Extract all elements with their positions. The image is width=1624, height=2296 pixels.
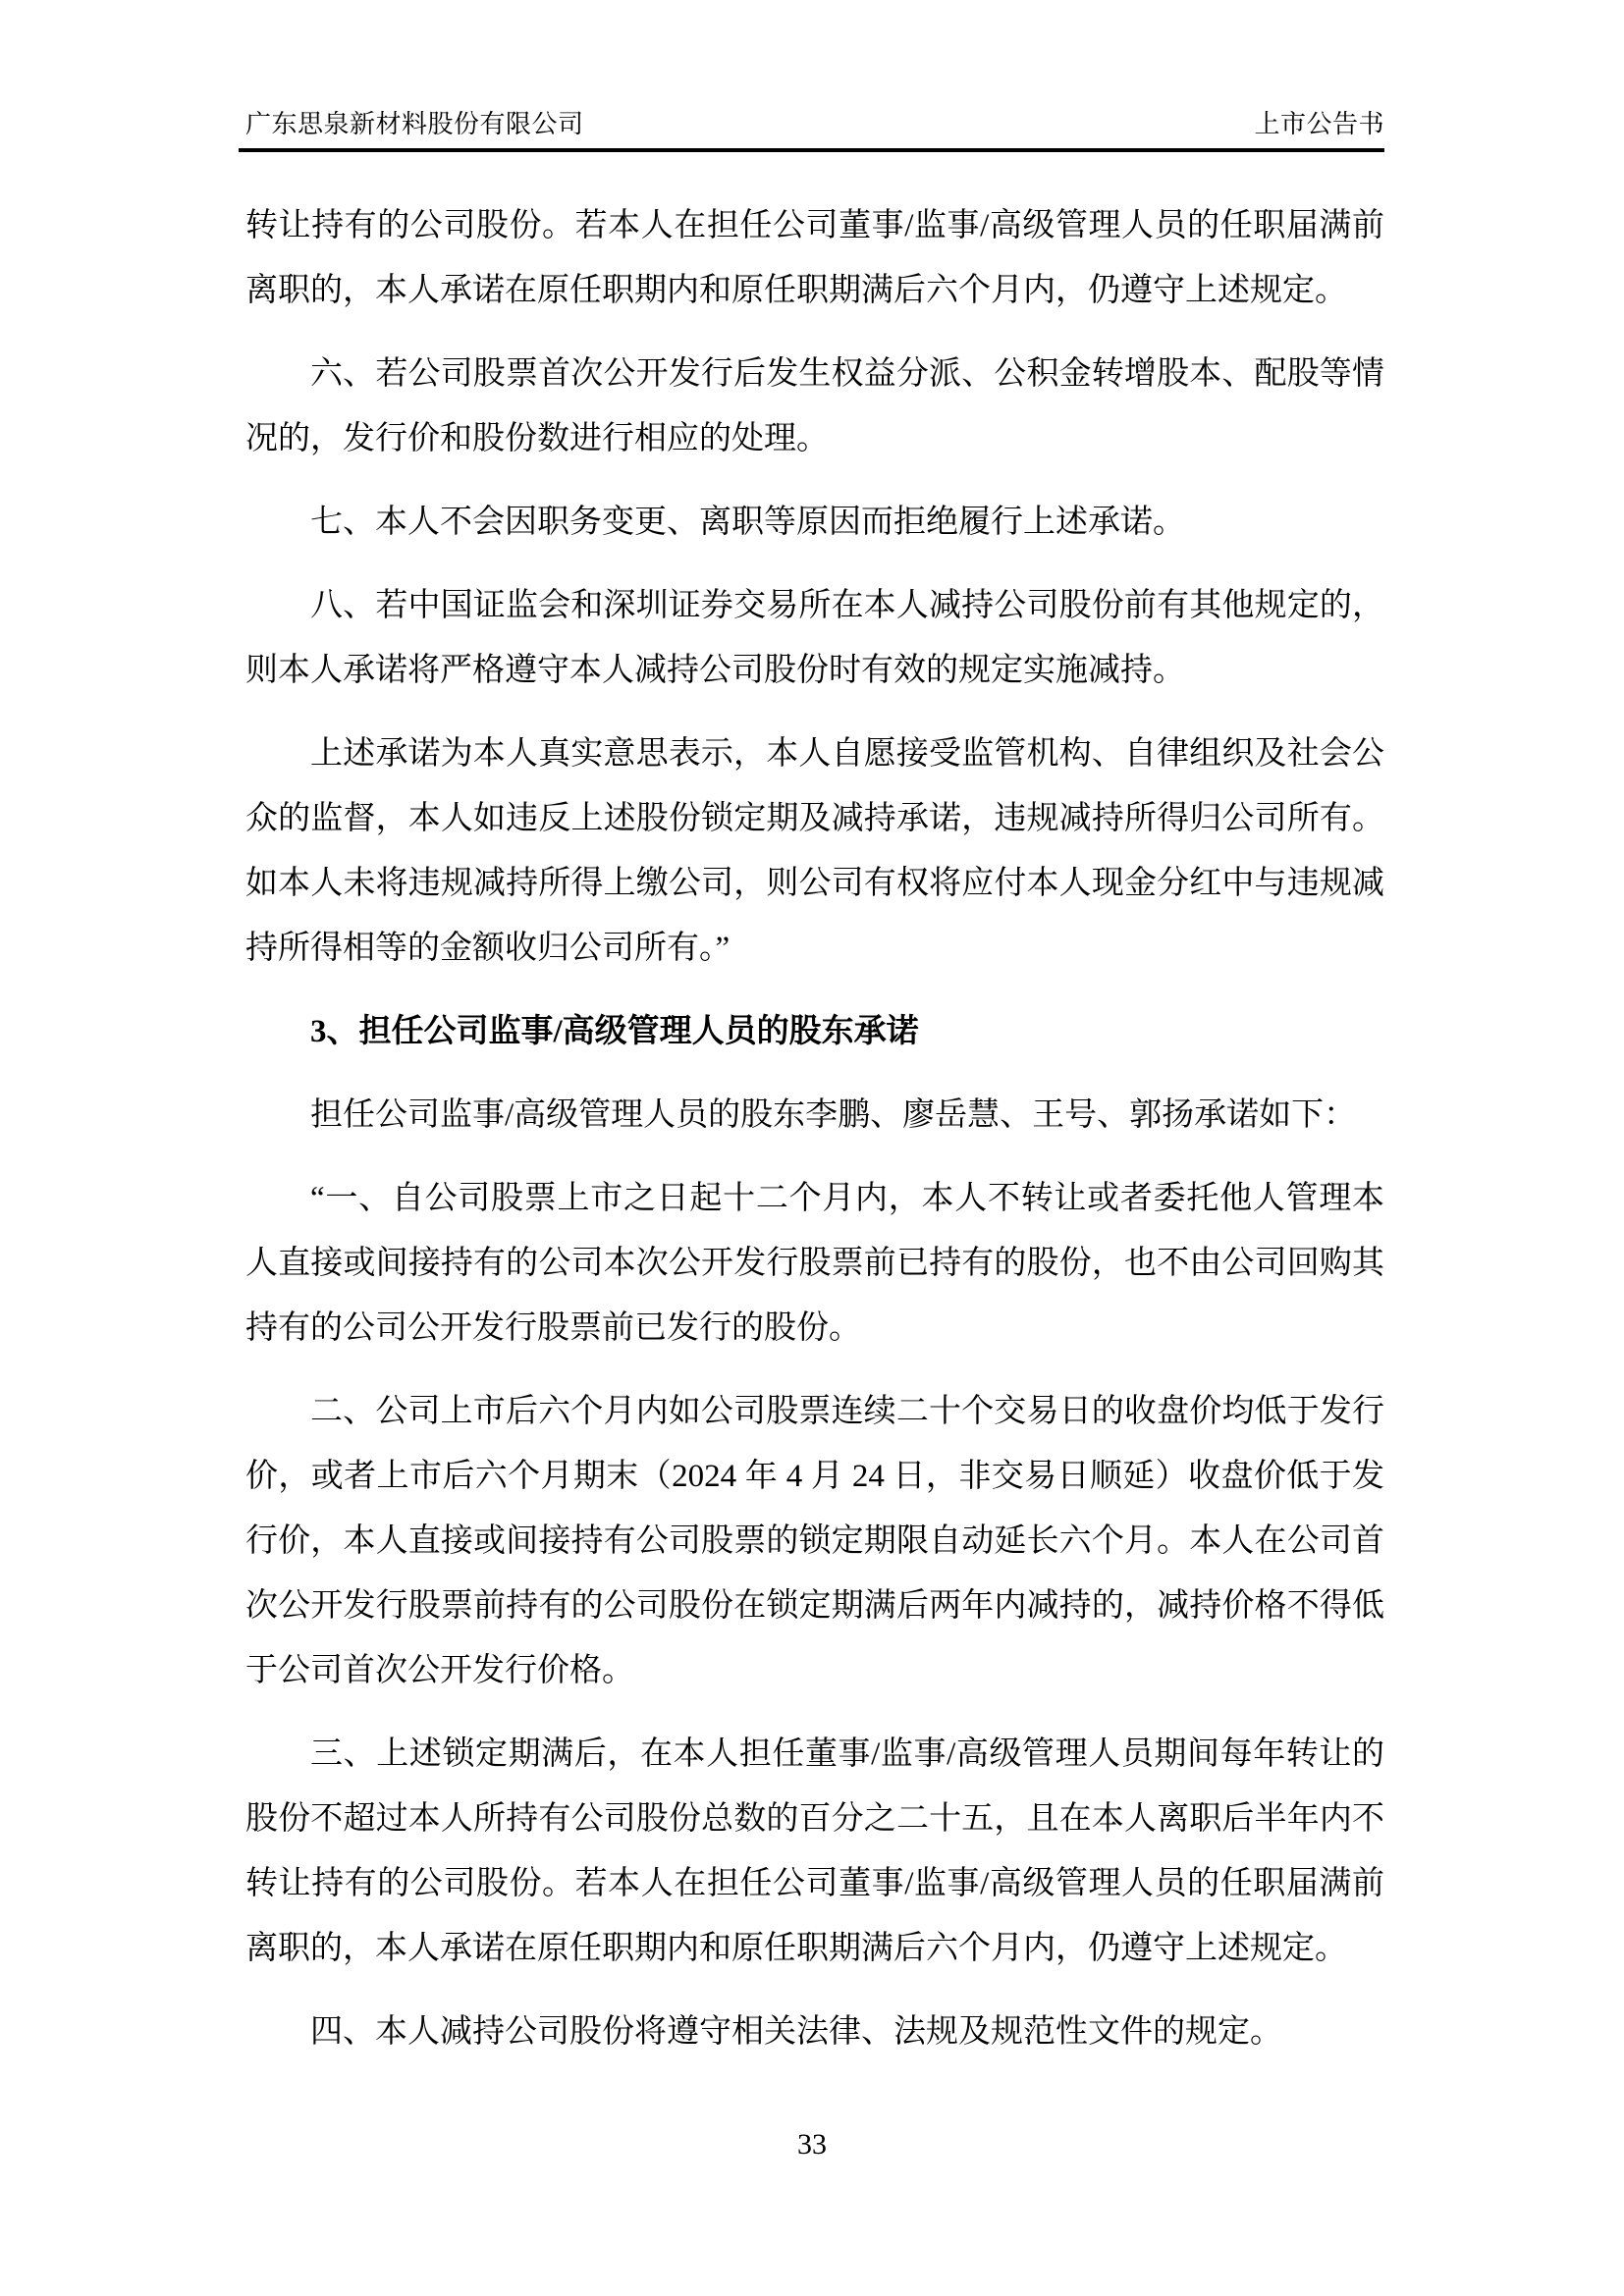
document-body: 转让持有的公司股份。若本人在担任公司董事/监事/高级管理人员的任职届满前离职的，… (245, 193, 1384, 2083)
paragraph-item-four: 四、本人减持公司股份将遵守相关法律、法规及规范性文件的规定。 (245, 2000, 1384, 2064)
section-heading-3: 3、担任公司监事/高级管理人员的股东承诺 (245, 999, 1384, 1064)
paragraph-shareholder-names: 担任公司监事/高级管理人员的股东李鹏、廖岳慧、王号、郭扬承诺如下： (245, 1083, 1384, 1148)
header-document-title: 上市公告书 (1254, 110, 1384, 139)
paragraph-item-six: 六、若公司股票首次公开发行后发生权益分派、公积金转增股本、配股等情况的，发行价和… (245, 342, 1384, 471)
paragraph-item-seven: 七、本人不会因职务变更、离职等原因而拒绝履行上述承诺。 (245, 490, 1384, 555)
paragraph-item-eight: 八、若中国证监会和深圳证券交易所在本人减持公司股份前有其他规定的，则本人承诺将严… (245, 573, 1384, 703)
paragraph-transfer-restriction-continuation: 转让持有的公司股份。若本人在担任公司董事/监事/高级管理人员的任职届满前离职的，… (245, 193, 1384, 323)
header-divider (239, 148, 1384, 152)
paragraph-item-three: 三、上述锁定期满后，在本人担任董事/监事/高级管理人员期间每年转让的股份不超过本… (245, 1722, 1384, 1981)
paragraph-item-two: 二、公司上市后六个月内如公司股票连续二十个交易日的收盘价均低于发行价，或者上市后… (245, 1379, 1384, 1703)
paragraph-commitment-statement: 上述承诺为本人真实意思表示，本人自愿接受监管机构、自律组织及社会公众的监督，本人… (245, 721, 1384, 981)
header-company-name: 广东思泉新材料股份有限公司 (245, 110, 584, 139)
document-page: 广东思泉新材料股份有限公司 上市公告书 转让持有的公司股份。若本人在担任公司董事… (0, 0, 1624, 2296)
page-number: 33 (0, 2128, 1624, 2162)
paragraph-item-one: “一、自公司股票上市之日起十二个月内，本人不转让或者委托他人管理本人直接或间接持… (245, 1166, 1384, 1361)
